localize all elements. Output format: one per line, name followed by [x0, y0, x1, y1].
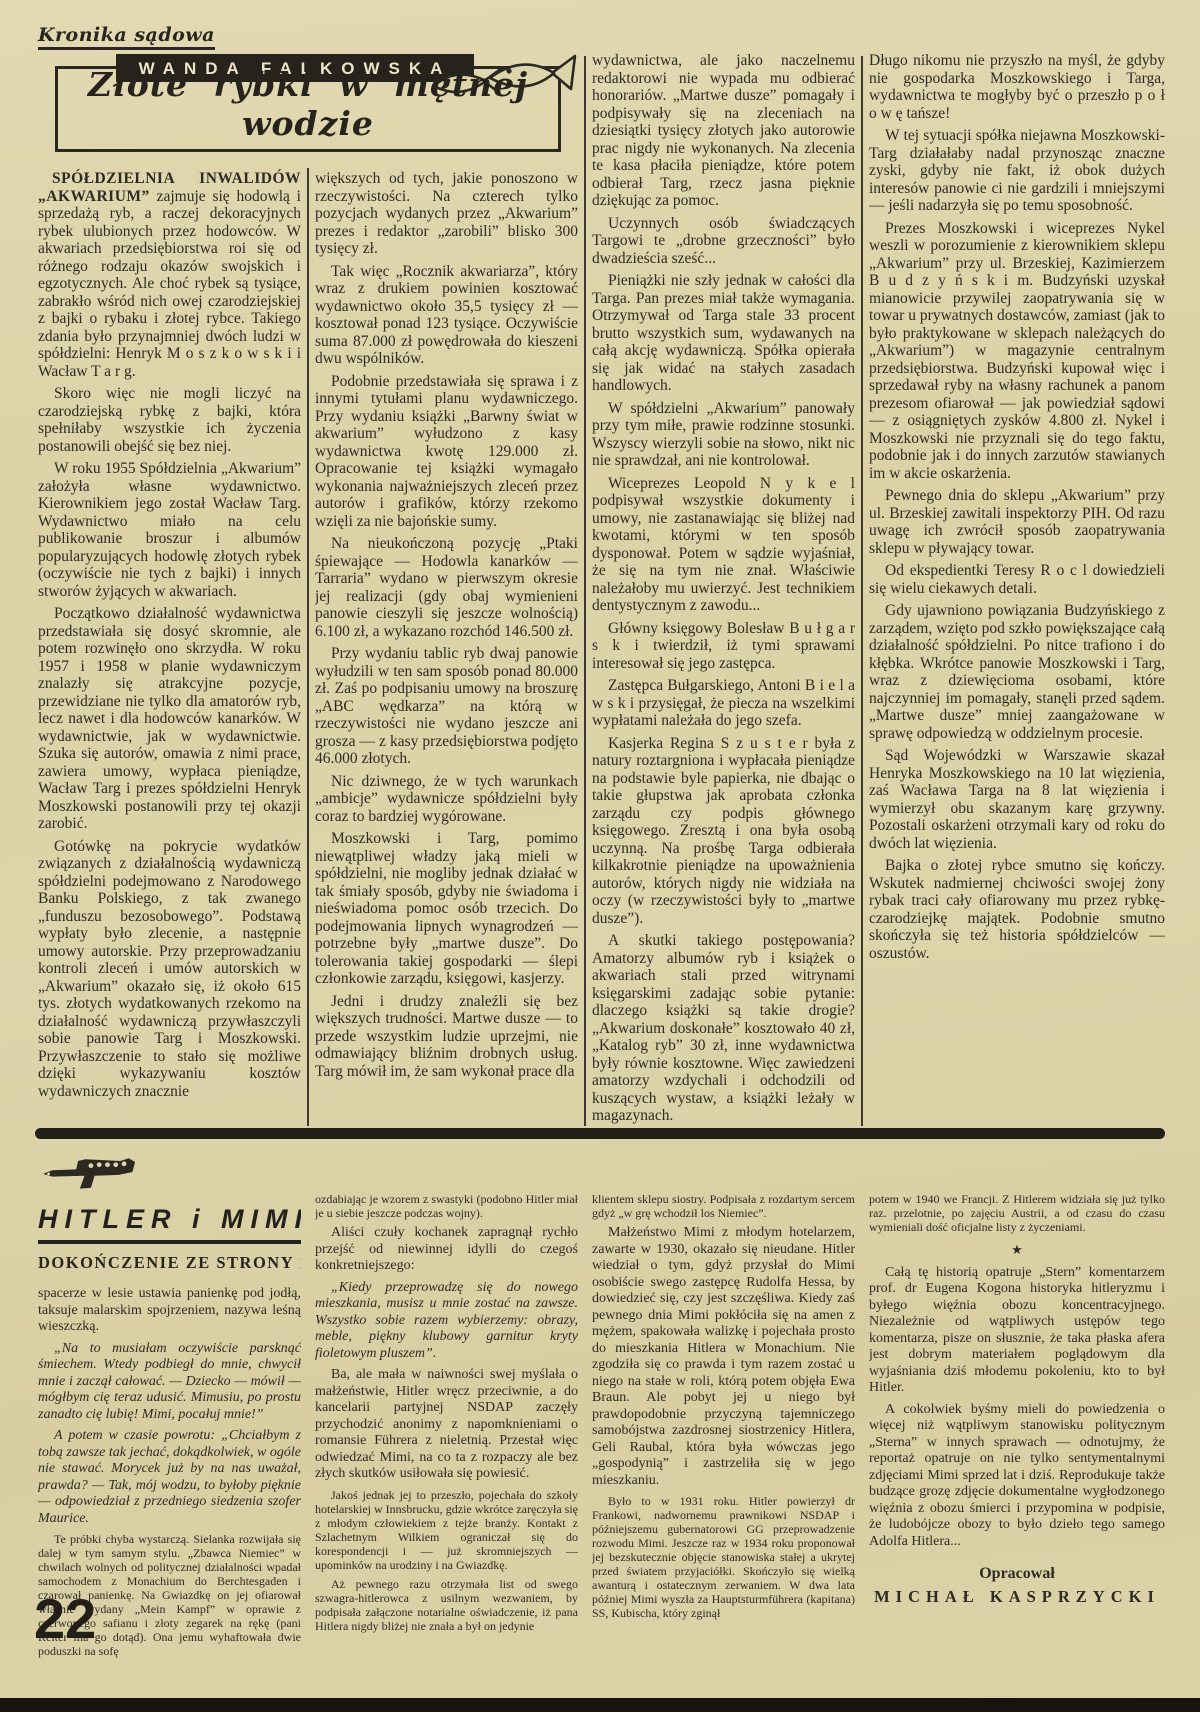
- paragraph: Kasjerka Regina S z u s t e r była z nat…: [592, 735, 855, 928]
- continuation-note: DOKOŃCZENIE ZE STRONY 19: [38, 1253, 301, 1273]
- main-column-4: Długo nikomu nie przyszło na myśl, że gd…: [869, 52, 1165, 1128]
- paragraph: Podobnie przedstawiała się sprawa i z in…: [315, 373, 578, 531]
- paragraph: Skoro więc nie mogli liczyć na czarodzie…: [38, 385, 301, 455]
- section-label: Kronika sądowa: [38, 24, 215, 50]
- bottom-column-3: klientem sklepu siostry. Podpisała z roz…: [592, 1146, 855, 1698]
- paragraph: Pieniążki nie szły jednak w całości dla …: [592, 272, 855, 395]
- paragraph: „Kiedy przeprowadzę się do nowego mieszk…: [315, 1280, 578, 1363]
- paragraph: W roku 1955 Spółdzielnia „Akwarium” zało…: [38, 460, 301, 600]
- paragraph: Moszkowski i Targ, pomimo niewątpliwej w…: [315, 830, 578, 988]
- main-column-1: SPÓŁDZIELNIA INWALIDÓW „AKWARIUM” zajmuj…: [38, 52, 301, 1128]
- paragraph: Ba, ale mała w naiwności swej myślała o …: [315, 1367, 578, 1483]
- paragraph: Przy wydaniu tablic ryb dwaj panowie wył…: [315, 645, 578, 768]
- title-underline: [38, 1240, 301, 1244]
- paragraph: Całą tę historią opatruje „Stern” koment…: [869, 1265, 1165, 1397]
- paragraph: potem w 1940 we Francji. Z Hitlerem widz…: [869, 1192, 1165, 1234]
- paragraph: ozdabiając je wzorem z swastyki (podobno…: [315, 1192, 578, 1220]
- paragraph: Od ekspedientki Teresy R o c l dowiedzie…: [869, 562, 1165, 597]
- section-divider: [35, 1128, 1165, 1139]
- paragraph: Jakoś jednak jej to przeszło, pojechała …: [315, 1488, 578, 1572]
- main-column-3: wydawnictwa, ale jako naczelnemu redakto…: [592, 52, 855, 1128]
- paragraph: Gotówkę na pokrycie wydatków związanych …: [38, 838, 301, 1101]
- paragraph: Nic dziwnego, że w tych warunkach „ambic…: [315, 773, 578, 826]
- paragraph: Sąd Wojewódzki w Warszawie skazał Henryk…: [869, 747, 1165, 852]
- bottom-article-title: HITLER i MIMI: [38, 1204, 301, 1235]
- paragraph: Zastępca Bułgarskiego, Antoni B i e l a …: [592, 677, 855, 730]
- paragraph: Małżeństwo Mimi z młodym hotelarzem, zaw…: [592, 1225, 855, 1489]
- paragraph: Prezes Moszkowski i wiceprezes Nykel wes…: [869, 220, 1165, 483]
- paragraph: Aliści czuły kochanek zapragnął rychło p…: [315, 1225, 578, 1275]
- paragraph: spacerze w lesie ustawia panienkę pod jo…: [38, 1286, 301, 1336]
- paragraph: Na nieukończoną pozycję „Ptaki śpiewając…: [315, 535, 578, 640]
- main-column-2: większych od tych, jakie ponoszono w rze…: [315, 52, 578, 1128]
- paragraph: MICHAŁ KASPRZYCKI: [869, 1589, 1165, 1606]
- paragraph-lead: SPÓŁDZIELNIA INWALIDÓW „AKWARIUM”: [38, 170, 301, 205]
- newspaper-page: Kronika sądowa WANDA FALKOWSKA Złote ryb…: [0, 0, 1200, 1712]
- column-rule: [584, 56, 586, 1126]
- paragraph: klientem sklepu siostry. Podpisała z roz…: [592, 1192, 855, 1220]
- bottom-column-2: ozdabiając je wzorem z swastyki (podobno…: [315, 1146, 578, 1698]
- page-number: 22: [34, 1586, 96, 1651]
- paragraph: Tak więc „Rocznik akwariarza”, który wra…: [315, 263, 578, 368]
- paragraph: SPÓŁDZIELNIA INWALIDÓW „AKWARIUM” zajmuj…: [38, 170, 301, 380]
- column-rule: [861, 56, 863, 1126]
- bottom-article-body: HITLER i MIMI DOKOŃCZENIE ZE STRONY 19 s…: [38, 1146, 1165, 1698]
- paragraph: Jedni i drudzy znaleźli się bez większyc…: [315, 993, 578, 1081]
- paragraph: A cokolwiek byśmy mieli do powiedzenia o…: [869, 1402, 1165, 1551]
- paragraph: Aż pewnego razu otrzymała list od swego …: [315, 1577, 578, 1633]
- column-rule: [307, 168, 309, 1126]
- bottom-article-header: HITLER i MIMI DOKOŃCZENIE ZE STRONY 19: [38, 1150, 301, 1273]
- paragraph: Opracował: [869, 1566, 1165, 1583]
- paragraph: Długo nikomu nie przyszło na myśl, że gd…: [869, 52, 1165, 122]
- paragraph: A potem w czasie powrotu: „Chciałbym z t…: [38, 1428, 301, 1527]
- bottom-column-4: potem w 1940 we Francji. Z Hitlerem widz…: [869, 1146, 1165, 1698]
- paragraph: Wiceprezes Leopold N y k e l podpisywał …: [592, 475, 855, 615]
- bottom-edge-bar: [0, 1698, 1200, 1712]
- paragraph: A skutki takiego postępowania? Amatorzy …: [592, 932, 855, 1125]
- paragraph: W tej sytuacji spółka niejawna Moszkowsk…: [869, 127, 1165, 215]
- paragraph: Pewnego dnia do sklepu „Akwarium” przy u…: [869, 487, 1165, 557]
- main-article-body: SPÓŁDZIELNIA INWALIDÓW „AKWARIUM” zajmuj…: [38, 52, 1165, 1128]
- paragraph: W spółdzielni „Akwarium” panowały przy t…: [592, 400, 855, 470]
- paragraph: „Na to musiałam oczywiście parsknąć śmie…: [38, 1341, 301, 1424]
- paragraph: Bajka o złotej rybce smutno się kończy. …: [869, 857, 1165, 962]
- paragraph: Uczynnych osób świadczących Targowi te „…: [592, 215, 855, 268]
- paragraph: większych od tych, jakie ponoszono w rze…: [315, 170, 578, 258]
- paragraph: wydawnictwa, ale jako naczelnemu redakto…: [592, 52, 855, 210]
- paragraph: Było to w 1931 roku. Hitler powierzył dr…: [592, 1494, 855, 1620]
- paragraph: Początkowo działalność wydawnictwa przed…: [38, 605, 301, 833]
- gun-sketch-icon: [38, 1150, 142, 1196]
- paragraph: ★: [869, 1242, 1165, 1259]
- paragraph: Gdy ujawniono powiązania Budzyńskiego z …: [869, 602, 1165, 742]
- paragraph: Główny księgowy Bolesław B u ł g a r s k…: [592, 620, 855, 673]
